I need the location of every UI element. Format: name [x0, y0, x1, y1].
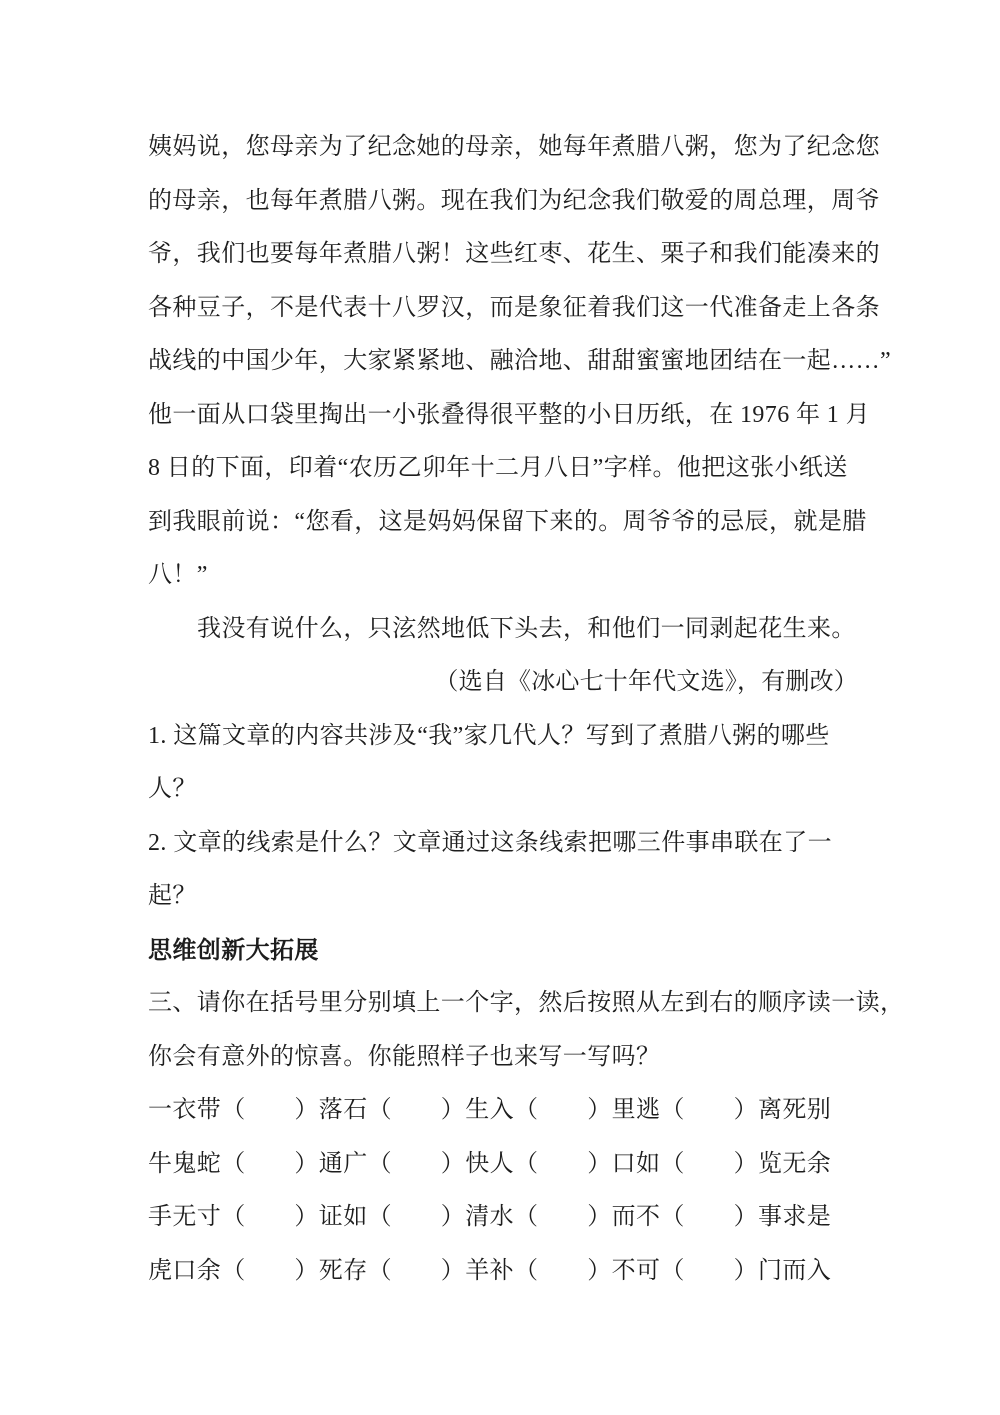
- passage-line-3: 爷，我们也要每年煮腊八粥！这些红枣、花生、栗子和我们能凑来的: [148, 228, 858, 282]
- passage-line-6: 他一面从口袋里掏出一小张叠得很平整的小日历纸，在 1976 年 1 月: [148, 389, 858, 443]
- question-2-line-1: 2. 文章的线索是什么？文章通过这条线索把哪三件事串联在了一: [148, 817, 858, 871]
- passage-line-8: 到我眼前说：“您看，这是妈妈保留下来的。周爷爷的忌辰，就是腊: [148, 496, 858, 550]
- idiom-row-4: 虎口余（ ）死存（ ）羊补（ ）不可（ ）门而入: [148, 1245, 858, 1299]
- question-1-line-2: 人？: [148, 763, 858, 817]
- question-1-line-1: 1. 这篇文章的内容共涉及“我”家几代人？写到了煮腊八粥的哪些: [148, 710, 858, 764]
- question-2-line-2: 起？: [148, 870, 858, 924]
- passage-line-9: 八！”: [148, 549, 858, 603]
- attribution-line: （选自《冰心七十年代文选》，有删改）: [148, 656, 858, 710]
- passage-line-4: 各种豆子，不是代表十八罗汉，而是象征着我们这一代准备走上各条: [148, 282, 858, 336]
- idiom-row-2: 牛鬼蛇（ ）通广（ ）快人（ ）口如（ ）览无余: [148, 1138, 858, 1192]
- exercise-intro-line-2: 你会有意外的惊喜。你能照样子也来写一写吗？: [148, 1031, 858, 1085]
- passage-line-1: 姨妈说，您母亲为了纪念她的母亲，她每年煮腊八粥，您为了纪念您: [148, 121, 858, 175]
- document-content: 姨妈说，您母亲为了纪念她的母亲，她每年煮腊八粥，您为了纪念您 的母亲，也每年煮腊…: [148, 121, 858, 1298]
- passage-closing-line: 我没有说什么，只泫然地低下头去，和他们一同剥起花生来。: [148, 603, 858, 657]
- section-heading: 思维创新大拓展: [148, 924, 858, 978]
- idiom-row-1: 一衣带（ ）落石（ ）生入（ ）里逃（ ）离死别: [148, 1084, 858, 1138]
- idiom-row-3: 手无寸（ ）证如（ ）清水（ ）而不（ ）事求是: [148, 1191, 858, 1245]
- passage-line-2: 的母亲，也每年煮腊八粥。现在我们为纪念我们敬爱的周总理，周爷: [148, 175, 858, 229]
- passage-line-5: 战线的中国少年，大家紧紧地、融洽地、甜甜蜜蜜地团结在一起……”: [148, 335, 858, 389]
- exercise-intro-line-1: 三、请你在括号里分别填上一个字，然后按照从左到右的顺序读一读，: [148, 977, 858, 1031]
- passage-line-7: 8 日的下面，印着“农历乙卯年十二月八日”字样。他把这张小纸送: [148, 442, 858, 496]
- document-page: 姨妈说，您母亲为了纪念她的母亲，她每年煮腊八粥，您为了纪念您 的母亲，也每年煮腊…: [0, 0, 1000, 1415]
